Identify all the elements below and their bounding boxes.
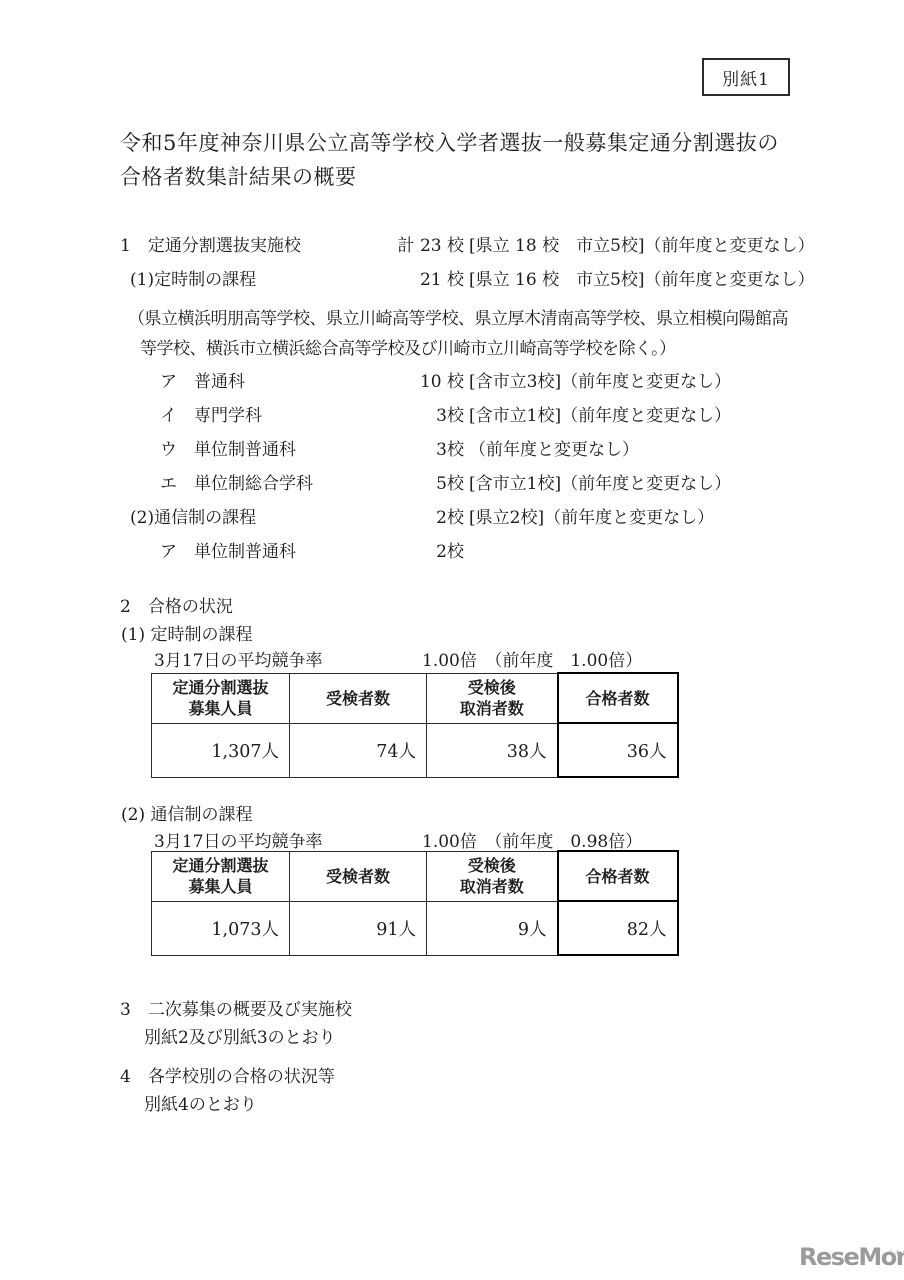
rate-value: 1.00倍 （前年度 1.00倍） (422, 646, 642, 671)
value-cell-cancellations: 9人 (427, 901, 558, 955)
row-label: イ 専門学科 (120, 404, 368, 428)
attachment-label-box: 別紙1 (702, 58, 790, 96)
row-note: [県立 18 校 市立5校]（前年度と変更なし） (469, 234, 815, 258)
row-label: エ 単位制総合学科 (120, 472, 368, 496)
row-correspondence-credit-general: ア 単位制普通科 2校 (120, 540, 860, 574)
row-label: (1)定時制の課程 (120, 268, 368, 292)
header-cell-successful: 合格者数 (558, 851, 678, 901)
value-cell-successful: 82人 (558, 901, 678, 955)
header-line: 合格者数 (559, 866, 677, 887)
header-line: 受検後 (427, 677, 557, 698)
table-value-row: 1,307人 74人 38人 36人 (152, 723, 678, 777)
header-line: 合格者数 (559, 688, 677, 709)
row-note: [含市立1校]（前年度と変更なし） (469, 404, 731, 428)
rate-label: 3月17日の平均競争率 (154, 646, 422, 671)
row-credit-integrated-course: エ 単位制総合学科 5校 [含市立1校]（前年度と変更なし） (120, 472, 860, 506)
section-1-implementing-schools: 1 定通分割選抜実施校 計 23 校 [県立 18 校 市立5校]（前年度と変更… (120, 234, 860, 574)
value-cell-examinees: 91人 (290, 901, 427, 955)
header-cell-examinees: 受検者数 (290, 851, 427, 901)
header-line: 募集人員 (152, 698, 289, 719)
exclusion-note-line-2: 等学校、横浜市立横浜総合高等学校及び川崎市立川崎高等学校を除く。） (128, 334, 860, 364)
header-line: 取消者数 (427, 698, 557, 719)
row-count: 3校 (368, 404, 464, 428)
header-cell-examinees: 受検者数 (290, 673, 427, 723)
row-count: 2校 (368, 506, 464, 530)
row-count: 21 校 (368, 268, 464, 292)
document-page: 別紙1 令和5年度神奈川県公立高等学校入学者選抜一般募集定通分割選抜の 合格者数… (0, 0, 904, 1280)
part-time-subheading: (1) 定時制の課程 (121, 620, 252, 645)
resemom-logo-ruby: リセマム (887, 1240, 904, 1266)
part-time-results-table: 定通分割選抜 募集人員 受検者数 受検後 取消者数 合格者数 1,307人 74… (151, 672, 679, 778)
correspondence-results-table: 定通分割選抜 募集人員 受検者数 受検後 取消者数 合格者数 1,073人 91… (151, 850, 679, 956)
row-note: [県立 16 校 市立5校]（前年度と変更なし） (469, 268, 815, 292)
row-count: 5校 (368, 472, 464, 496)
header-line: 定通分割選抜 (152, 855, 289, 876)
row-label: ウ 単位制普通科 (120, 438, 368, 462)
correspondence-subheading: (2) 通信制の課程 (121, 800, 252, 825)
value-cell-successful: 36人 (558, 723, 678, 777)
row-label: (2)通信制の課程 (120, 506, 368, 530)
table-value-row: 1,073人 91人 9人 82人 (152, 901, 678, 955)
row-note: [含市立1校]（前年度と変更なし） (469, 472, 731, 496)
row-note: （前年度と変更なし） (469, 438, 639, 462)
header-line: 定通分割選抜 (152, 677, 289, 698)
section-3-heading: 3 二次募集の概要及び実施校 (120, 995, 352, 1020)
value-cell-recruitment: 1,307人 (152, 723, 290, 777)
header-line: 募集人員 (152, 876, 289, 897)
row-label: 1 定通分割選抜実施校 (120, 234, 368, 258)
row-note: [県立2校]（前年度と変更なし） (469, 506, 714, 530)
header-cell-recruitment: 定通分割選抜 募集人員 (152, 673, 290, 723)
exclusion-note: （県立横浜明朋高等学校、県立川崎高等学校、県立厚木清南高等学校、県立相模向陽館高… (120, 302, 860, 370)
table-header-row: 定通分割選抜 募集人員 受検者数 受検後 取消者数 合格者数 (152, 673, 678, 723)
resemom-logo: ReseMom. リセマム (799, 1244, 904, 1270)
row-count: 3校 (368, 438, 464, 462)
header-line: 取消者数 (427, 876, 557, 897)
header-cell-cancellations: 受検後 取消者数 (427, 851, 558, 901)
section-4-body: 別紙4のとおり (144, 1090, 257, 1115)
table-header-row: 定通分割選抜 募集人員 受検者数 受検後 取消者数 合格者数 (152, 851, 678, 901)
row-general-course: ア 普通科 10 校 [含市立3校]（前年度と変更なし） (120, 370, 860, 404)
exclusion-note-line-1: （県立横浜明朋高等学校、県立川崎高等学校、県立厚木清南高等学校、県立相模向陽館高 (128, 304, 860, 334)
row-note: [含市立3校]（前年度と変更なし） (469, 370, 731, 394)
section-3-body: 別紙2及び別紙3のとおり (144, 1023, 336, 1048)
correspondence-competition-rate: 3月17日の平均競争率 1.00倍 （前年度 0.98倍） (154, 827, 642, 852)
header-line: 受検者数 (290, 866, 426, 887)
header-cell-recruitment: 定通分割選抜 募集人員 (152, 851, 290, 901)
section-2-heading: 2 合格の状況 (120, 592, 233, 617)
header-line: 受検後 (427, 855, 557, 876)
row-specialized-course: イ 専門学科 3校 [含市立1校]（前年度と変更なし） (120, 404, 860, 438)
row-implementation-total: 1 定通分割選抜実施校 計 23 校 [県立 18 校 市立5校]（前年度と変更… (120, 234, 860, 268)
row-count: 2校 (368, 540, 464, 564)
value-cell-examinees: 74人 (290, 723, 427, 777)
header-line: 受検者数 (290, 688, 426, 709)
row-part-time-course: (1)定時制の課程 21 校 [県立 16 校 市立5校]（前年度と変更なし） (120, 268, 860, 302)
part-time-competition-rate: 3月17日の平均競争率 1.00倍 （前年度 1.00倍） (154, 646, 642, 671)
row-label: ア 普通科 (120, 370, 368, 394)
header-cell-successful: 合格者数 (558, 673, 678, 723)
row-count: 計 23 校 (368, 234, 464, 258)
row-correspondence-course: (2)通信制の課程 2校 [県立2校]（前年度と変更なし） (120, 506, 860, 540)
rate-value: 1.00倍 （前年度 0.98倍） (422, 827, 642, 852)
title-line-2: 合格者数集計結果の概要 (120, 160, 840, 194)
section-4-heading: 4 各学校別の合格の状況等 (120, 1062, 335, 1087)
title-line-1: 令和5年度神奈川県公立高等学校入学者選抜一般募集定通分割選抜の (120, 126, 840, 160)
header-cell-cancellations: 受検後 取消者数 (427, 673, 558, 723)
row-credit-general-course: ウ 単位制普通科 3校 （前年度と変更なし） (120, 438, 860, 472)
value-cell-cancellations: 38人 (427, 723, 558, 777)
rate-label: 3月17日の平均競争率 (154, 827, 422, 852)
row-count: 10 校 (368, 370, 464, 394)
row-label: ア 単位制普通科 (120, 540, 368, 564)
attachment-label: 別紙1 (722, 65, 770, 90)
value-cell-recruitment: 1,073人 (152, 901, 290, 955)
document-title: 令和5年度神奈川県公立高等学校入学者選抜一般募集定通分割選抜の 合格者数集計結果… (120, 126, 840, 194)
